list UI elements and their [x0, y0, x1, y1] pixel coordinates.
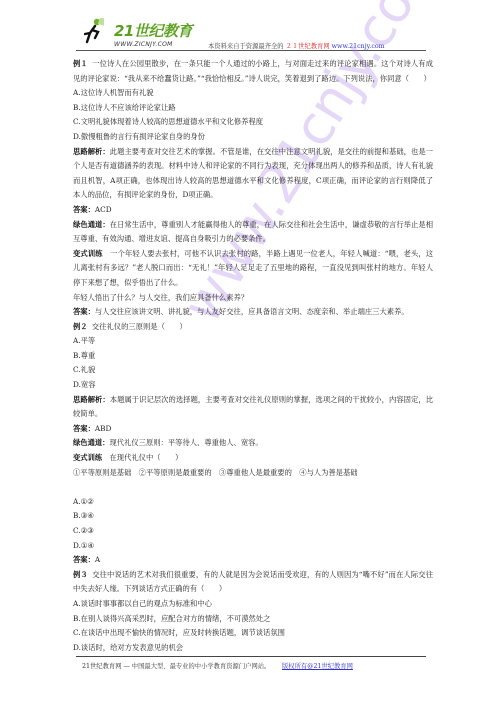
- example-3-option-b: B.在别人谈得兴高采烈时，应配合对方的情绪，不可漠然处之: [73, 612, 433, 627]
- header-site-name-link[interactable]: ２１世纪教育网: [286, 43, 330, 50]
- copyright-link[interactable]: 版权所有@21世纪教育网: [282, 661, 353, 670]
- example-1-analysis: 思路解析：此题主要考查对交往艺术的掌握。不管是谁，在交往中注意文明礼貌，是交往的…: [73, 145, 433, 203]
- example-1-option-a: A.这位诗人机智而有礼貌: [73, 86, 433, 101]
- example-2-statements: ①平等原则是基础 ②平等原则是最重要的 ③尊重他人是最重要的 ④与人为善是基础: [73, 466, 433, 481]
- answer-label: 答案：: [73, 307, 95, 316]
- example-1-practice-answer: 答案：与人交往应该讲文明、讲礼貌，与人友好交往，应具备语言文明、态度亲和、举止端…: [73, 305, 433, 320]
- example-1-practice: 变式训练 一个年轻人要去张村，可他不认识去张村的路，半路上遇见一位老人，年轻人喊…: [73, 247, 433, 291]
- example-2-highlight: 绿色通道：现代礼仪三原则：平等待人、尊重他人、宽容。: [73, 436, 433, 451]
- example-2-option-b: B.尊重: [73, 349, 433, 364]
- example-2-question: 例２ 交往礼仪的三原则是（ ）: [73, 320, 433, 335]
- footer-text: 21世纪教育网 — 中国最大型、最专业的中小学教育资源门户网站。: [82, 663, 270, 670]
- answer-label: 答案：: [73, 424, 95, 433]
- highlight-label: 绿色通道：: [73, 220, 110, 229]
- header-note-prefix: 本资料来自于资源最齐全的: [208, 43, 284, 50]
- answer-label: 答案：: [73, 555, 95, 564]
- example-2-label: 例２: [73, 322, 88, 331]
- example-2-practice-option-a: A.①②: [73, 495, 433, 510]
- example-3-option-d: D.谈话时，给对方发表意见的机会: [73, 641, 433, 656]
- example-1-option-d: D.傲慢粗鲁的言行有损评论家自身的身份: [73, 130, 433, 145]
- example-3-option-c: C.在谈话中出现不愉快的情况时，应及时转换话题，调节谈话氛围: [73, 626, 433, 641]
- header-source-note: 本资料来自于资源最齐全的 ２１世纪教育网 www.21cnjy.com: [208, 41, 385, 50]
- example-2-option-a: A.平等: [73, 334, 433, 349]
- page-header: 21世纪教育 WWW.ZICNJY.COM 本资料来自于资源最齐全的 ２１世纪教…: [76, 12, 426, 52]
- blank-line: [73, 480, 433, 495]
- example-2-practice-option-c: C.②③: [73, 524, 433, 539]
- example-1-option-c: C.文明礼貌体现着诗人较高的思想道德水平和文化修养程度: [73, 115, 433, 130]
- highlight-label: 绿色通道：: [73, 438, 109, 447]
- analysis-label: 思路解析：: [73, 147, 110, 156]
- example-1-question: 例１ 一位诗人在公园里散步，在一条只能一个人通过的小路上，与对面走过来的评论家相…: [73, 57, 433, 86]
- header-divider: [76, 50, 426, 51]
- example-2-analysis: 思路解析：本题属于识记层次的选择题，主要考查对交往礼仪原则的掌握，选项之间的干扰…: [73, 393, 433, 422]
- example-1-label: 例１: [73, 59, 88, 68]
- example-2-option-d: D.宽容: [73, 378, 433, 393]
- footer-divider: [76, 656, 426, 657]
- example-1-highlight: 绿色通道：在日常生活中，尊重别人才能赢得他人的尊重，在人际交往和社会生活中，谦虚…: [73, 218, 433, 247]
- example-2-practice-option-d: D.①④: [73, 539, 433, 554]
- practice-label: 变式训练: [73, 249, 103, 258]
- logo-text: 21世纪教育: [114, 20, 192, 41]
- page-footer: 21世纪教育网 — 中国最大型、最专业的中小学教育资源门户网站。 版权所有@21…: [82, 661, 432, 670]
- example-3-question: 例３ 交往中说话的艺术对我们很重要，有的人就是因为会说话而受欢迎，有的人则因为“…: [73, 568, 433, 597]
- example-2-practice: 变式训练 在现代礼仪中（ ）: [73, 451, 433, 466]
- example-2-answer: 答案：ABD: [73, 422, 433, 437]
- analysis-label: 思路解析：: [73, 395, 110, 404]
- example-1-answer: 答案：ACD: [73, 203, 433, 218]
- example-2-practice-option-b: B.③④: [73, 509, 433, 524]
- document-body: 例１ 一位诗人在公园里散步，在一条只能一个人通过的小路上，与对面走过来的评论家相…: [73, 57, 433, 655]
- example-2-practice-answer: 答案：A: [73, 553, 433, 568]
- practice-label: 变式训练: [73, 453, 102, 462]
- site-logo[interactable]: 21世纪教育 WWW.ZICNJY.COM: [84, 14, 194, 48]
- example-1-practice-question: 年轻人悟出了什么？与人交往，我们应具备什么素养？: [73, 291, 433, 306]
- example-3-label: 例３: [73, 570, 88, 579]
- answer-label: 答案：: [73, 205, 95, 214]
- runner-logo-icon: [84, 18, 104, 44]
- example-1-option-b: B.这位诗人不应该给评论家让路: [73, 101, 433, 116]
- logo-url: WWW.ZICNJY.COM: [114, 41, 173, 48]
- example-3-option-a: A.谈话时事事都以自己的观点为标准和中心: [73, 597, 433, 612]
- example-2-option-c: C.礼貌: [73, 363, 433, 378]
- header-site-url-link[interactable]: www.21cnjy.com: [332, 43, 385, 50]
